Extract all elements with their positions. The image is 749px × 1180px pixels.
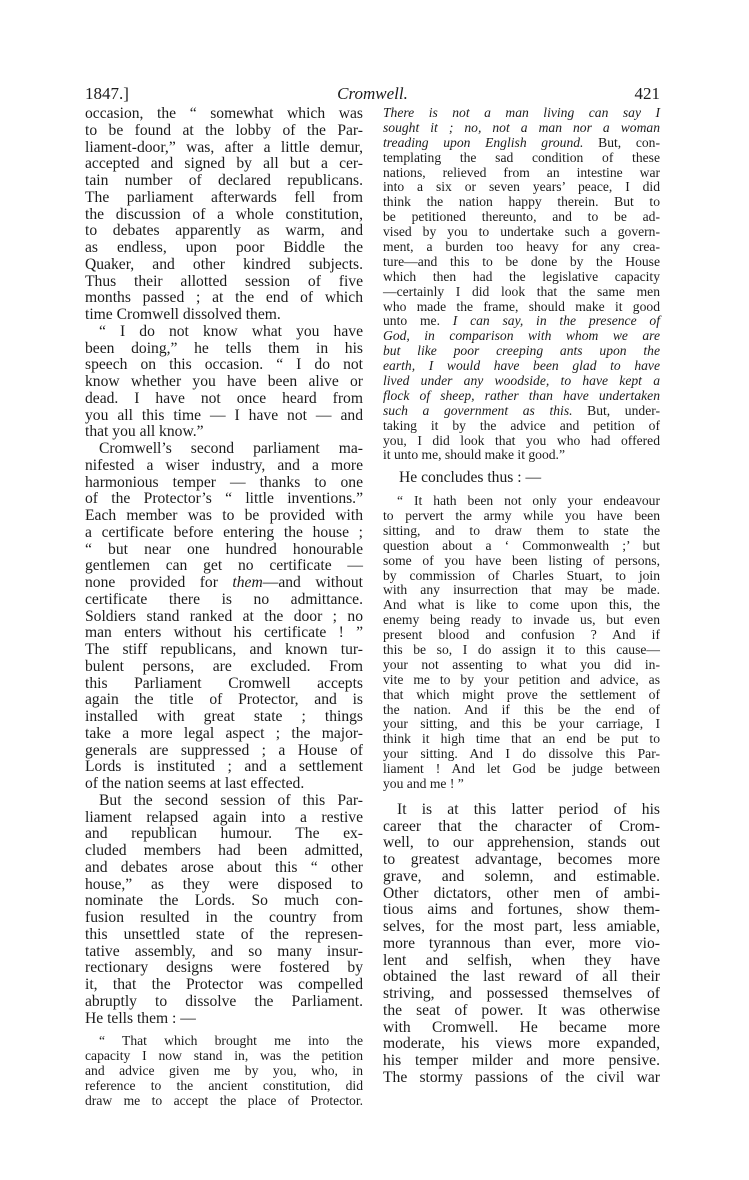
text-line: taking it by the advice and petition of xyxy=(383,419,660,434)
text-line: your not assenting to what you did in- xyxy=(383,658,660,673)
text-line: generals are suppressed ; a House of xyxy=(85,743,363,760)
running-header: 1847.] Cromwell. 421 xyxy=(85,84,660,104)
text-line: with Cromwell. He became more xyxy=(383,1020,660,1037)
text-line: The stormy passions of the civil war xyxy=(383,1070,660,1087)
text-line: vised by you to undertake such a govern- xyxy=(383,225,660,240)
text-line: by commission of Charles Stuart, to join xyxy=(383,569,660,584)
text-line: who made the frame, should make it good xyxy=(383,300,660,315)
text-run: none provided for xyxy=(85,574,232,591)
text-line: nations, relieved from an intestine war xyxy=(383,166,660,181)
italic-run: flock of sheep, rather than have underta… xyxy=(383,388,660,403)
text-line: rectionary designs were fostered by xyxy=(85,960,363,977)
block-quote-continued: There is not a man living can say I soug… xyxy=(383,106,660,463)
text-line: The stiff republicans, and known tur- xyxy=(85,642,363,659)
text-line: man enters without his certificate ! ” xyxy=(85,625,363,642)
text-run: unto me. xyxy=(383,313,453,328)
text-line: obtained the last reward of all their xyxy=(383,969,660,986)
block-quote: “ That which brought me into the capacit… xyxy=(85,1034,363,1108)
text-line: been doing,” he tells them in his xyxy=(85,341,363,358)
text-line: that you all know.” xyxy=(85,424,363,441)
text-line: harmonious temper — thanks to one xyxy=(85,475,363,492)
text-line: templating the sad condition of these xyxy=(383,151,660,166)
text-line: the discussion of a whole constitution, xyxy=(85,207,363,224)
text-line: think the nation happy therein. But to xyxy=(383,195,660,210)
text-line: cluded members had been admitted, xyxy=(85,843,363,860)
text-line: grave, and solemn, and estimable. xyxy=(383,869,660,886)
text-line: into a six or seven years’ peace, I did xyxy=(383,180,660,195)
text-line: bulent persons, are excluded. From xyxy=(85,659,363,676)
text-line: draw me to accept the place of Protector… xyxy=(85,1094,363,1109)
italic-run: lived under any woodside, to have kept a xyxy=(383,373,660,388)
text-line: again the title of Protector, and is xyxy=(85,692,363,709)
text-line: earth, I would have been glad to have xyxy=(383,359,660,374)
paragraph: But the second session of this Par- liam… xyxy=(85,793,363,1028)
text-line: lent and selfish, when they have xyxy=(383,953,660,970)
italic-run: God, in comparison with whom we are xyxy=(383,328,660,343)
text-line: his temper milder and more pensive. xyxy=(383,1053,660,1070)
text-line: liament ! And let God be judge between xyxy=(383,762,660,777)
text-line: liament-door,” was, after a little demur… xyxy=(85,140,363,157)
text-line: this be so, I do assign it to this cause… xyxy=(383,643,660,658)
text-line: such a government as this. But, under- xyxy=(383,404,660,419)
text-line: career that the character of Crom- xyxy=(383,819,660,836)
text-line: tious aims and fortunes, show them- xyxy=(383,902,660,919)
italic-run: There is not a man living can say I xyxy=(383,105,660,120)
italic-run: such a government as this. xyxy=(383,403,573,418)
text-line: lived under any woodside, to have kept a xyxy=(383,374,660,389)
italic-run: earth, I would have been glad to have xyxy=(383,358,660,373)
text-line: to pervert the army while you have been xyxy=(383,509,660,524)
text-line: “ but near one hundred honourable xyxy=(85,542,363,559)
text-line: you, I did look that you who had offered xyxy=(383,434,660,449)
text-line: nifested a wiser industry, and a more xyxy=(85,458,363,475)
italic-run: I can say, in the presence of xyxy=(453,313,660,328)
text-line: liament relapsed again into a restive xyxy=(85,810,363,827)
text-line: gentlemen can get no certificate — xyxy=(85,558,363,575)
text-line: nominate the Lords. So much con- xyxy=(85,893,363,910)
text-line: tain number of declared republicans. xyxy=(85,173,363,190)
text-line: installed with great state ; things xyxy=(85,709,363,726)
text-line: to greatest advantage, becomes more xyxy=(383,852,660,869)
text-line: present blood and confusion ? And if xyxy=(383,628,660,643)
paragraph: Cromwell’s second parliament ma- nifeste… xyxy=(85,441,363,793)
text-line: Each member was to be provided with xyxy=(85,508,363,525)
text-line: sitting, and to draw them to state the xyxy=(383,524,660,539)
text-line: but like poor creeping ants upon the xyxy=(383,344,660,359)
text-line: treading upon English ground. But, con- xyxy=(383,136,660,151)
paragraph: “ I do not know what you have been doing… xyxy=(85,324,363,441)
text-line: to debates apparently as warm, and xyxy=(85,223,363,240)
text-line: reference to the ancient constitution, d… xyxy=(85,1079,363,1094)
text-line: And what is like to come upon this, the xyxy=(383,598,660,613)
block-quote: “ It hath been not only your endeavour t… xyxy=(383,494,660,792)
text-line: occasion, the “ somewhat which was xyxy=(85,106,363,123)
page-number: 421 xyxy=(635,84,661,104)
text-line: sought it ; no, not a man nor a woman xyxy=(383,121,660,136)
text-run: But, con- xyxy=(583,135,660,150)
text-line: some of you have been listing of persons… xyxy=(383,554,660,569)
text-line: The parliament afterwards fell from xyxy=(85,190,363,207)
text-line: of the Protector’s “ little inventions.” xyxy=(85,491,363,508)
text-line: dead. I have not once heard from xyxy=(85,391,363,408)
text-line: Cromwell’s second parliament ma- xyxy=(85,441,363,458)
text-line: enemy being ready to invade us, but even xyxy=(383,613,660,628)
text-line: God, in comparison with whom we are xyxy=(383,329,660,344)
text-line: selves, for the most part, less amiable, xyxy=(383,919,660,936)
text-line: time Cromwell dissolved them. xyxy=(85,307,363,324)
text-line: Soldiers stand ranked at the door ; no xyxy=(85,609,363,626)
text-line: it unto me, should make it good.” xyxy=(383,448,660,463)
book-page: 1847.] Cromwell. 421 occasion, the “ som… xyxy=(0,0,749,1180)
text-line: speech on this occasion. “ I do not xyxy=(85,357,363,374)
left-column: occasion, the “ somewhat which was to be… xyxy=(85,106,363,1109)
text-run: —and without xyxy=(263,574,363,591)
text-line: ture—and this to be done by the House xyxy=(383,255,660,270)
text-line: months passed ; at the end of which xyxy=(85,290,363,307)
text-line: well, to our apprehension, stands out xyxy=(383,835,660,852)
text-line: be petitioned thereunto, and to be ad- xyxy=(383,210,660,225)
text-line: a certificate before entering the house … xyxy=(85,525,363,542)
text-line: which then had the legislative capacity xyxy=(383,270,660,285)
paragraph: occasion, the “ somewhat which was to be… xyxy=(85,106,363,324)
text-line: flock of sheep, rather than have underta… xyxy=(383,389,660,404)
text-line: fusion resulted in the country from xyxy=(85,910,363,927)
italic-run: them xyxy=(232,574,262,591)
text-line: abruptly to dissolve the Parliament. xyxy=(85,994,363,1011)
text-line: But the second session of this Par- xyxy=(85,793,363,810)
text-line: moderate, his views more expanded, xyxy=(383,1036,660,1053)
text-line: as endless, upon poor Biddle the xyxy=(85,240,363,257)
text-line: the seat of power. It was otherwise xyxy=(383,1003,660,1020)
text-line: —certainly I did look that the same men xyxy=(383,285,660,300)
text-line: more tyrannous than ever, more vio- xyxy=(383,936,660,953)
header-title: Cromwell. xyxy=(85,84,660,104)
text-line: There is not a man living can say I xyxy=(383,106,660,121)
right-column: There is not a man living can say I soug… xyxy=(383,106,660,1087)
text-line: unto me. I can say, in the presence of xyxy=(383,314,660,329)
text-line: with any insurrection that may be made. xyxy=(383,583,660,598)
text-line: “ I do not know what you have xyxy=(85,324,363,341)
text-line: capacity I now stand in, was the petitio… xyxy=(85,1049,363,1064)
text-line: this Parliament Cromwell accepts xyxy=(85,676,363,693)
text-line: your sitting. And I do dissolve this Par… xyxy=(383,747,660,762)
text-line: Other dictators, other men of ambi- xyxy=(383,886,660,903)
text-line: and advice given me by you, who, in xyxy=(85,1064,363,1079)
text-line: and debates arose about this “ other xyxy=(85,860,363,877)
text-line: He tells them : — xyxy=(85,1011,363,1028)
text-line: house,” as they were disposed to xyxy=(85,877,363,894)
text-line: and republican humour. The ex- xyxy=(85,826,363,843)
he-concludes-line: He concludes thus : — xyxy=(383,470,660,487)
text-line: “ It hath been not only your endeavour xyxy=(383,494,660,509)
text-line: “ That which brought me into the xyxy=(85,1034,363,1049)
text-line: think it high time that an end be put to xyxy=(383,732,660,747)
text-line: it, that the Protector was compelled xyxy=(85,977,363,994)
text-line: Thus their allotted session of five xyxy=(85,274,363,291)
text-line: Lords is instituted ; and a settlement xyxy=(85,759,363,776)
text-line: to be found at the lobby of the Par- xyxy=(85,123,363,140)
text-line: tative assembly, and so many insur- xyxy=(85,944,363,961)
text-line: you and me ! ” xyxy=(383,777,660,792)
text-line: accepted and signed by all but a cer- xyxy=(85,156,363,173)
text-line: It is at this latter period of his xyxy=(383,802,660,819)
text-line: know whether you have been alive or xyxy=(85,374,363,391)
text-line: vite me to by your petition and advice, … xyxy=(383,673,660,688)
text-line: ment, a burden too heavy for any crea- xyxy=(383,240,660,255)
italic-run: treading upon English ground. xyxy=(383,135,583,150)
text-line: this unsettled state of the represen- xyxy=(85,927,363,944)
italic-run: sought it ; no, not a man nor a woman xyxy=(383,120,660,135)
text-line: Quaker, and other kindred subjects. xyxy=(85,257,363,274)
text-line: that which might prove the settlement of xyxy=(383,688,660,703)
text-run: But, under- xyxy=(573,403,661,418)
text-line: of the nation seems at last effected. xyxy=(85,776,363,793)
text-line: certificate there is no admittance. xyxy=(85,592,363,609)
text-line: striving, and possessed themselves of xyxy=(383,986,660,1003)
text-line: the nation. And if this be the end of xyxy=(383,703,660,718)
text-line: question about a ‘ Commonwealth ;’ but xyxy=(383,539,660,554)
text-line: none provided for them—and without xyxy=(85,575,363,592)
text-line: your sitting, and this be your carriage,… xyxy=(383,717,660,732)
paragraph: It is at this latter period of his caree… xyxy=(383,802,660,1087)
text-line: take a more legal aspect ; the major- xyxy=(85,726,363,743)
text-line: you all this time — I have not — and xyxy=(85,408,363,425)
italic-run: but like poor creeping ants upon the xyxy=(383,343,660,358)
